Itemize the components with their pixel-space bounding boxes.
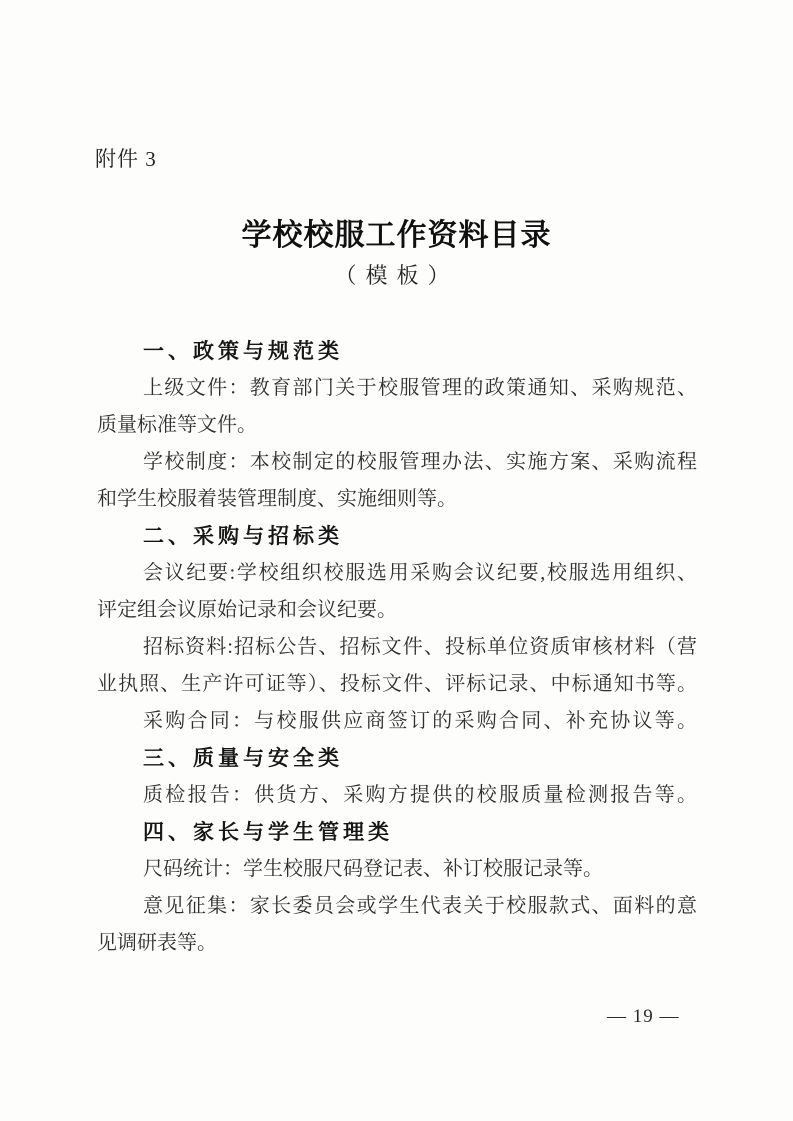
document-title: 学校校服工作资料目录 (0, 210, 793, 254)
document-body: 一、政策与规范类 上级文件：教育部门关于校服管理的政策通知、采购规范、 质量标准… (97, 333, 697, 962)
section-heading: 四、家长与学生管理类 (97, 814, 697, 851)
body-line: 业执照、生产许可证等）、投标文件、评标记录、中标通知书等。 (97, 666, 697, 703)
body-line: 评定组会议原始记录和会议纪要。 (97, 592, 697, 629)
body-line: 和学生校服着装管理制度、实施细则等。 (97, 481, 697, 518)
body-line: 会议纪要:学校组织校服选用采购会议纪要,校服选用组织、 (97, 555, 697, 592)
document-page: 附件 3 学校校服工作资料目录 （模板） 一、政策与规范类 上级文件：教育部门关… (0, 0, 793, 1121)
body-line: 采购合同：与校服供应商签订的采购合同、补充协议等。 (97, 703, 697, 740)
attachment-label: 附件 3 (95, 143, 157, 173)
body-line: 招标资料:招标公告、招标文件、投标单位资质审核材料（营 (97, 629, 697, 666)
body-line: 见调研表等。 (97, 925, 697, 962)
body-line: 上级文件：教育部门关于校服管理的政策通知、采购规范、 (97, 370, 697, 407)
body-line: 质量标准等文件。 (97, 407, 697, 444)
body-line: 学校制度：本校制定的校服管理办法、实施方案、采购流程 (97, 444, 697, 481)
body-line: 质检报告：供货方、采购方提供的校服质量检测报告等。 (97, 777, 697, 814)
document-subtitle: （模板） (0, 259, 793, 290)
page-number: — 19 — (607, 1006, 680, 1028)
section-heading: 二、采购与招标类 (97, 518, 697, 555)
body-line: 意见征集：家长委员会或学生代表关于校服款式、面料的意 (97, 888, 697, 925)
body-line: 尺码统计：学生校服尺码登记表、补订校服记录等。 (97, 851, 697, 888)
section-heading: 一、政策与规范类 (97, 333, 697, 370)
section-heading: 三、质量与安全类 (97, 740, 697, 777)
